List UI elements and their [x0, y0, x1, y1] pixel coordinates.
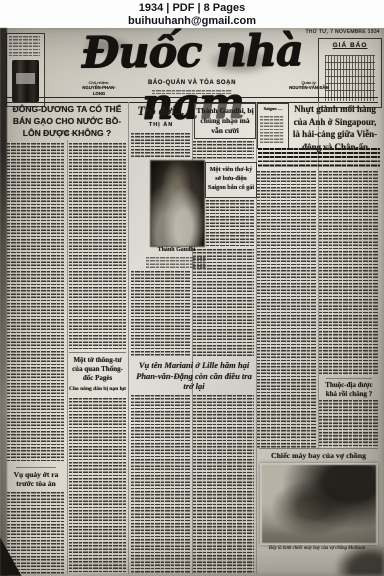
headline-postal-clerk: Một viên thơ-ký sở bưu-điện Saigon bắn c… — [205, 162, 257, 198]
body-text-block — [7, 492, 64, 574]
body-text-block — [206, 200, 254, 246]
section-rule — [69, 352, 126, 353]
headline-circular: Một tờ thông-tư của quan Thống-đốc Pagès — [69, 356, 126, 384]
headline-singapore: Nhựt giành mối hàng của Anh ở Singapour,… — [290, 103, 380, 143]
body-text-block — [319, 171, 378, 376]
manager-name: NGUYỄN-VĂN-SÂM — [288, 85, 330, 91]
body-text-block — [193, 395, 254, 574]
saigon-box-headline: Saigon … — [258, 106, 288, 111]
manager-credit: Quản-lý: NGUYỄN-VĂN-SÂM — [288, 80, 330, 93]
circular-subhead: Cho nông dân bị nạn lụt — [69, 386, 126, 395]
headline-rice-export: ĐÔNG-DƯƠNG TA CÓ THỂ BÁN GẠO CHO NƯỚC BỒ… — [8, 103, 126, 129]
issue-info-box — [6, 33, 45, 107]
body-text-block — [193, 249, 254, 357]
product-ad-image — [12, 60, 39, 102]
director-name: NGUYỄN-PHAN-LONG — [78, 85, 120, 97]
headline-tro-doi: Trò đời... — [132, 104, 190, 120]
issue-info-microtext — [9, 36, 40, 56]
ad-label — [16, 73, 35, 85]
masthead-dateline: THỨ TƯ, 7 NOVEMBRE 1934 — [284, 29, 380, 37]
scan-corner-artifact — [336, 544, 384, 576]
column-rule — [67, 140, 68, 574]
body-text-block — [69, 398, 126, 574]
headline-mollison: Chiếc máy bay của vợ chồng Mollison — [259, 451, 378, 461]
mollison-photo — [260, 463, 378, 545]
column-rule — [128, 102, 129, 574]
scanned-newspaper-page: 1934 | PDF | 8 Pages buihuuhanh@gmail.co… — [0, 0, 384, 576]
director-credit: Chủ-nhiệm: NGUYỄN-PHAN-LONG — [78, 80, 120, 93]
tro-doi-subhead: THỊ ẨN — [132, 122, 190, 130]
gandhi-photo — [150, 160, 205, 247]
section-rule — [326, 378, 372, 379]
headline-mariani: Vụ tên Mariani ở Lille hãm hại Phan-văn-… — [134, 360, 254, 392]
headline-saigon-box: Saigon … — [257, 103, 289, 149]
overlay-meta-text: 1934 | PDF | 8 Pages — [0, 0, 384, 15]
body-text-block — [131, 271, 190, 357]
headline-colonies: Thuộc-địa được khá rồi chăng ? — [320, 381, 378, 398]
scan-edge-shadow — [0, 28, 7, 576]
section-rule — [259, 448, 378, 449]
saigon-box-microtext — [260, 116, 284, 144]
body-text-block — [69, 143, 126, 349]
body-text-block — [257, 171, 316, 448]
body-text-block — [193, 141, 254, 160]
gandhi-photo-caption: Thánh Gandhi — [146, 247, 207, 255]
office-line: BÁO-QUÁN VÀ TÒA SOẠN — [117, 80, 267, 89]
body-text-block — [131, 133, 190, 158]
body-text-block — [7, 143, 64, 463]
body-text-block — [319, 400, 378, 448]
headline-pepper-trial: Vụ quảy ớt ra trước tòa án — [8, 470, 64, 490]
section-rule — [16, 467, 56, 468]
body-text-block — [131, 395, 190, 574]
mollison-photo-image — [262, 465, 376, 543]
rice-kicker: — II — — [8, 131, 126, 139]
headline-gandhi: Thánh Gandhi, bị chúng nhạo mà vẫn cười — [194, 103, 256, 139]
